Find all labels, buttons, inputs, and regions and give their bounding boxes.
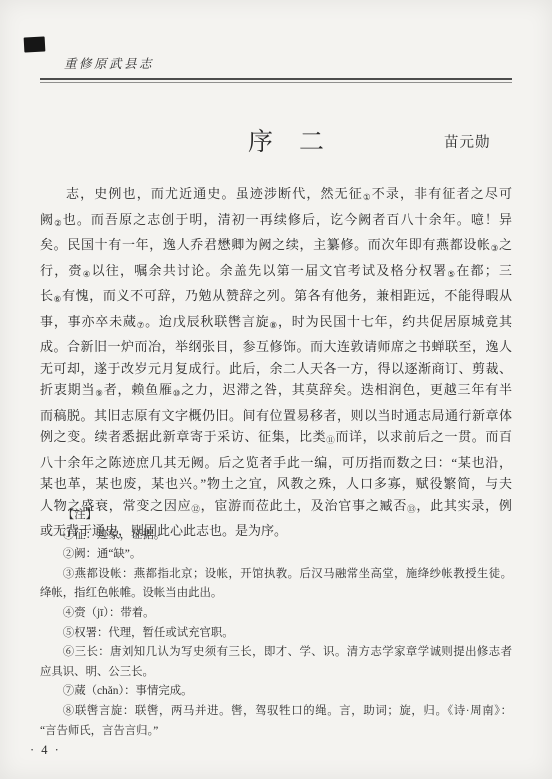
note-ref-marker: ⑧ — [270, 320, 278, 330]
note-ref-marker: ② — [54, 218, 63, 228]
body-line: 长⑥有愧，而义不可辞，乃勉从赞辞之列。第各有他务，兼相距远，不能得暇从 — [40, 285, 512, 311]
note-ref-marker: ⑨ — [95, 388, 103, 398]
body-line: 例之变。续者悉据此新章寄于采访、征集，比类⑪而详，以求前后之一贯。而百 — [40, 426, 512, 452]
note-line: ⑥三长：唐刘知几认为写史须有三长，即才、学、识。清方志学家章学诚则提出修志者 — [40, 643, 512, 663]
preface-title: 序二 — [248, 122, 324, 158]
scanned-page: 重修原武县志 序二 苗元勋 志，史例也，而尤近通史。虽迹涉断代，然无征①不录，非… — [0, 0, 552, 779]
note-line: 绛帐，指红色帐帷。设帐当由此出。 — [40, 584, 512, 604]
body-line: 矣。民国十有一年，逸人乔君懋卿为阙之续，主纂修。而次年即有燕都设帐③之 — [40, 234, 512, 260]
body-line: 志，史例也，而尤近通史。虽迹涉断代，然无征①不录，非有征者之尽可 — [40, 183, 512, 209]
title-row: 序二 苗元勋 — [0, 122, 552, 156]
body-line: 八十余年之陈迹庶几其无阙。后之览者手此一编，可历指而数之曰：“某也沿， — [40, 452, 512, 474]
note-line: ⑦蒇（chǎn）：事情完成。 — [40, 682, 512, 702]
header-rule-thick — [40, 78, 512, 80]
note-line: ④赍（jī）：带着。 — [40, 604, 512, 624]
note-line: ⑧联辔言旋：联辔，两马并进。辔，驾驭牲口的绳。言，助词；旋，归。《诗·周南》： — [40, 702, 512, 722]
note-line: 【注】 — [40, 506, 512, 526]
header-rule-thin — [40, 82, 512, 83]
note-line: ①征：迹象，证据。 — [40, 526, 512, 546]
body-line: 某也革，某也废，某也兴。”物土之宜，风教之殊，人口多寡，赋役繁简，与夫 — [40, 473, 512, 495]
note-ref-marker: ⑤ — [447, 269, 456, 279]
body-line: 而稿脱。其旧志原有文字概仍旧。间有位置易移者，则以当时通志局通行新章体 — [40, 405, 512, 427]
preface-body: 志，史例也，而尤近通史。虽迹涉断代，然无征①不录，非有征者之尽可阙②也。而吾原之… — [40, 183, 512, 542]
scan-corner-mark — [24, 36, 46, 52]
body-line: 折衷期当⑨者，赖鱼雁⑩之力，迟滞之咎，其莫辞矣。迭相润色，更越三年有半 — [40, 379, 512, 405]
note-ref-marker: ③ — [491, 243, 499, 253]
page-number: · 4 · — [30, 743, 61, 758]
note-ref-marker: ⑪ — [326, 435, 335, 445]
body-line: 阙②也。而吾原之志创于明，清初一再续修后，讫今阙者百八十余年。噫！异 — [40, 209, 512, 235]
note-ref-marker: ⑩ — [173, 388, 181, 398]
body-line: 无可却，遂于改岁元月复成行。此后，余二人天各一方，得以逐渐商订、剪裁、 — [40, 358, 512, 380]
note-line: ③燕都设帐：燕都指北京；设帐，开馆执教。后汉马融常坐高堂，施绛纱帐教授生徒。 — [40, 565, 512, 585]
preface-title-char-1: 序 — [248, 129, 273, 156]
note-ref-marker: ④ — [83, 269, 92, 279]
annotations-section: 【注】①征：迹象，证据。②阙：通“缺”。③燕都设帐：燕都指北京；设帐，开馆执教。… — [40, 506, 512, 741]
body-line: 行，赍④以往，嘱余共讨论。余盖先以第一届文官考试及格分权署⑤在都；三 — [40, 260, 512, 286]
note-ref-marker: ⑥ — [54, 294, 62, 304]
preface-title-char-2: 二 — [299, 129, 324, 156]
note-line: ⑤权署：代理，暂任或试充官职。 — [40, 624, 512, 644]
author-name: 苗元勋 — [444, 131, 491, 152]
note-line: 应具识、明、公三长。 — [40, 663, 512, 683]
note-ref-marker: ⑦ — [137, 320, 145, 330]
note-ref-marker: ① — [363, 192, 372, 202]
body-line: 成。合新旧一炉而冶，举纲张目，参互修饰。而大连敦请师席之书蝉联至，逸人 — [40, 336, 512, 358]
note-line: ②阙：通“缺”。 — [40, 545, 512, 565]
body-line: 事，事亦卒未蒇⑦。迨戊辰秋联辔言旋⑧，时为民国十七年，约共促居原城竟其 — [40, 311, 512, 337]
running-header: 重修原武县志 — [64, 54, 154, 72]
note-line: “言告师氏，言告言归。” — [40, 722, 512, 742]
